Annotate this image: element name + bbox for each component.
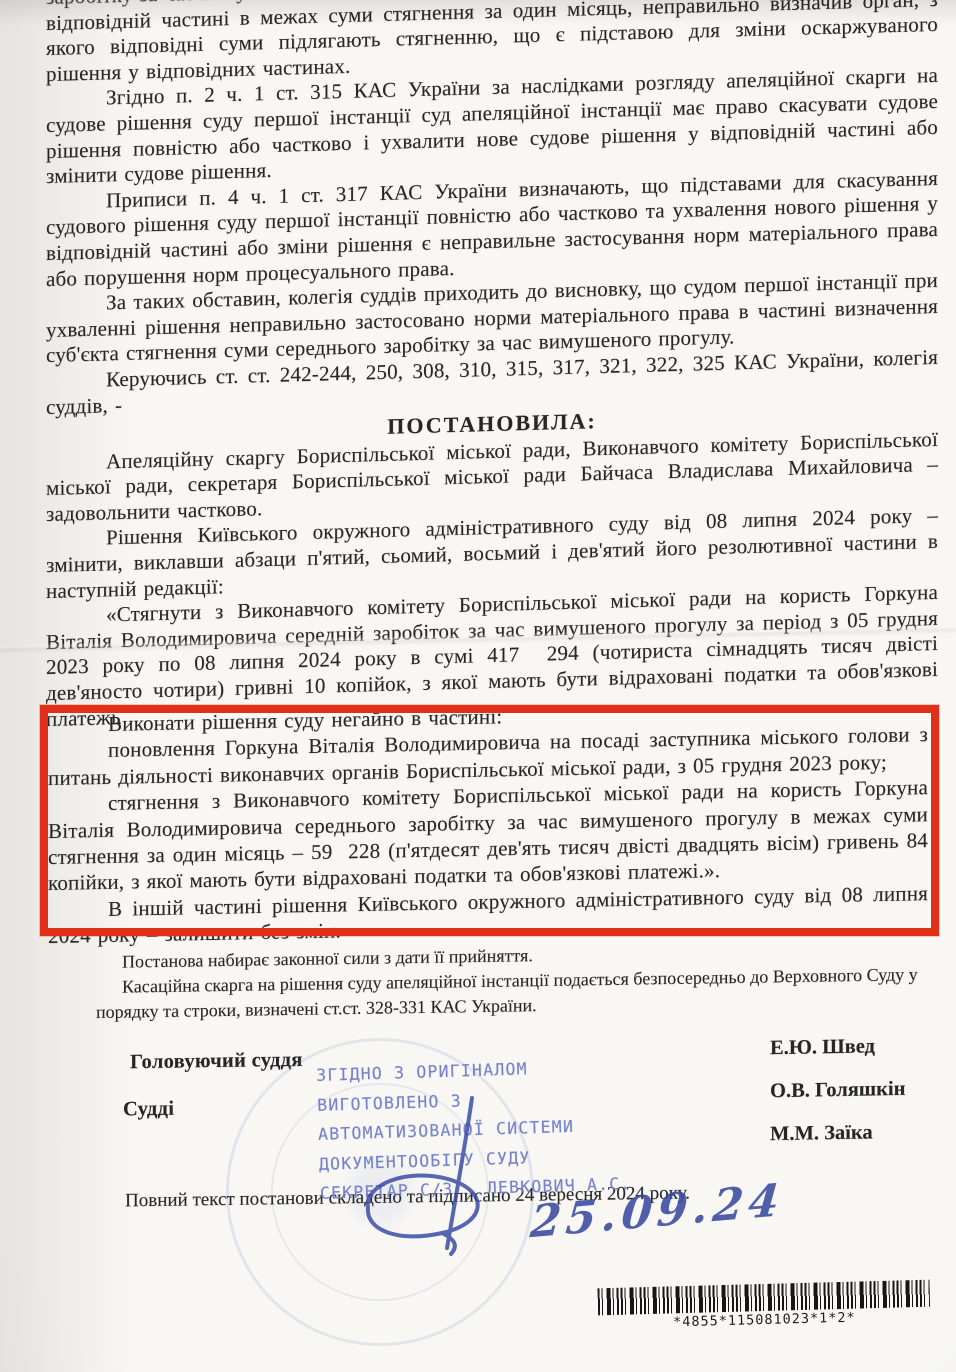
document-body: заробітку за час виму відповідній частин… <box>46 0 938 732</box>
barcode: *4855*115081023*1*2* <box>597 1280 930 1333</box>
highlight-annotation-box <box>40 705 939 936</box>
judge-names: Е.Ю. Швед О.В. Голяшкін М.М. Заїка <box>770 1035 905 1166</box>
presiding-judge-label: Головуючий суддя <box>130 1049 303 1074</box>
judge-name: Е.Ю. Швед <box>770 1035 905 1060</box>
judge-name: О.В. Голяшкін <box>770 1078 905 1103</box>
scanned-court-document-page: заробітку за час виму відповідній частин… <box>0 0 956 1372</box>
closing-notes: Постанова набирає законної сили з дати ї… <box>96 937 934 1025</box>
judge-name: М.М. Заїка <box>770 1121 905 1146</box>
certification-stamp: ЗГІДНО З ОРИГІНАЛОМ ВИГОТОВЛЕНО З АВТОМА… <box>316 1051 632 1208</box>
judges-label: Судді <box>123 1098 174 1122</box>
